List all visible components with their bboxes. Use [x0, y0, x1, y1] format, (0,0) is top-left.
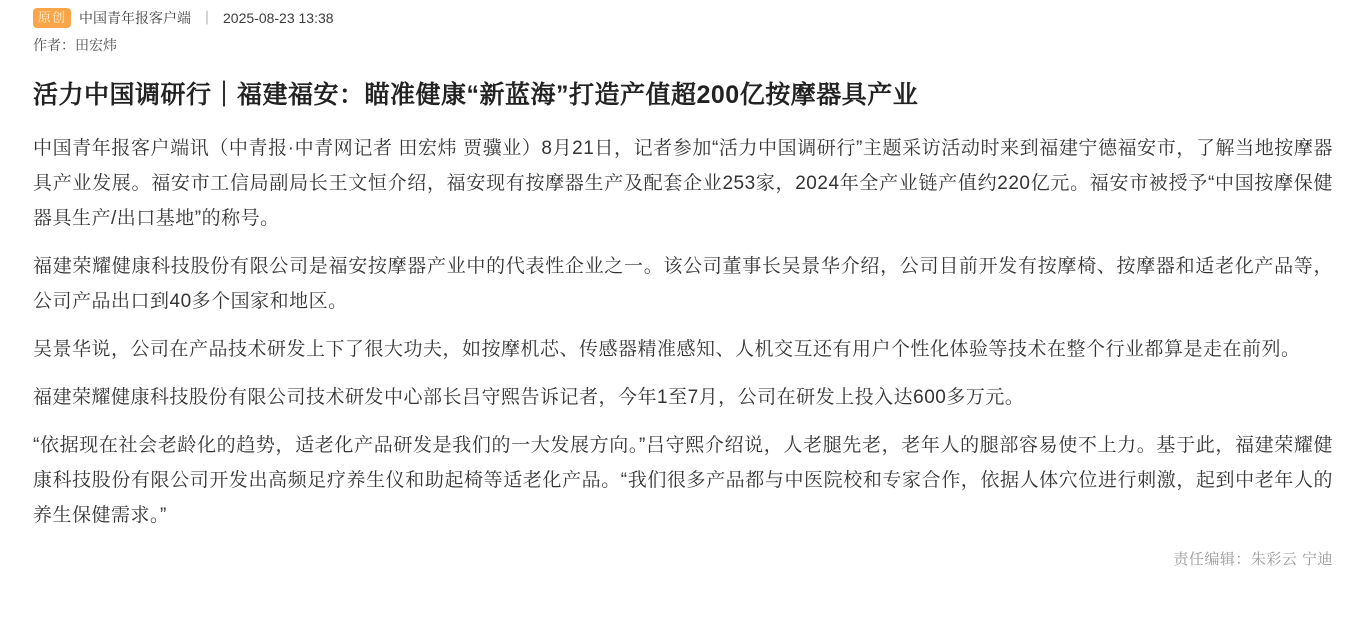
- original-badge: 原创: [33, 8, 71, 28]
- author-line: 作者：田宏炜: [33, 35, 1333, 55]
- editor-credit: 责任编辑：朱彩云 宁迪: [33, 548, 1333, 569]
- article-paragraph: 福建荣耀健康科技股份有限公司技术研发中心部长吕守熙告诉记者，今年1至7月，公司在…: [33, 380, 1333, 415]
- article-page: 原创 中国青年报客户端 ｜ 2025-08-23 13:38 作者：田宏炜 活力…: [0, 0, 1366, 638]
- source-name: 中国青年报客户端: [79, 8, 191, 28]
- meta-separator: ｜: [200, 8, 214, 28]
- article-paragraph: 吴景华说，公司在产品技术研发上下了很大功夫，如按摩机芯、传感器精准感知、人机交互…: [33, 332, 1333, 367]
- article-paragraph: 中国青年报客户端讯（中青报·中青网记者 田宏炜 贾骥业）8月21日，记者参加“活…: [33, 131, 1333, 236]
- article-title: 活力中国调研行｜福建福安：瞄准健康“新蓝海”打造产值超200亿按摩器具产业: [33, 79, 1333, 111]
- article-body: 中国青年报客户端讯（中青报·中青网记者 田宏炜 贾骥业）8月21日，记者参加“活…: [33, 131, 1333, 533]
- publish-datetime: 2025-08-23 13:38: [223, 10, 334, 26]
- article-paragraph: “依据现在社会老龄化的趋势，适老化产品研发是我们的一大发展方向。”吕守熙介绍说，…: [33, 428, 1333, 533]
- article-paragraph: 福建荣耀健康科技股份有限公司是福安按摩器产业中的代表性企业之一。该公司董事长吴景…: [33, 249, 1333, 319]
- article-meta-row: 原创 中国青年报客户端 ｜ 2025-08-23 13:38: [33, 8, 1333, 28]
